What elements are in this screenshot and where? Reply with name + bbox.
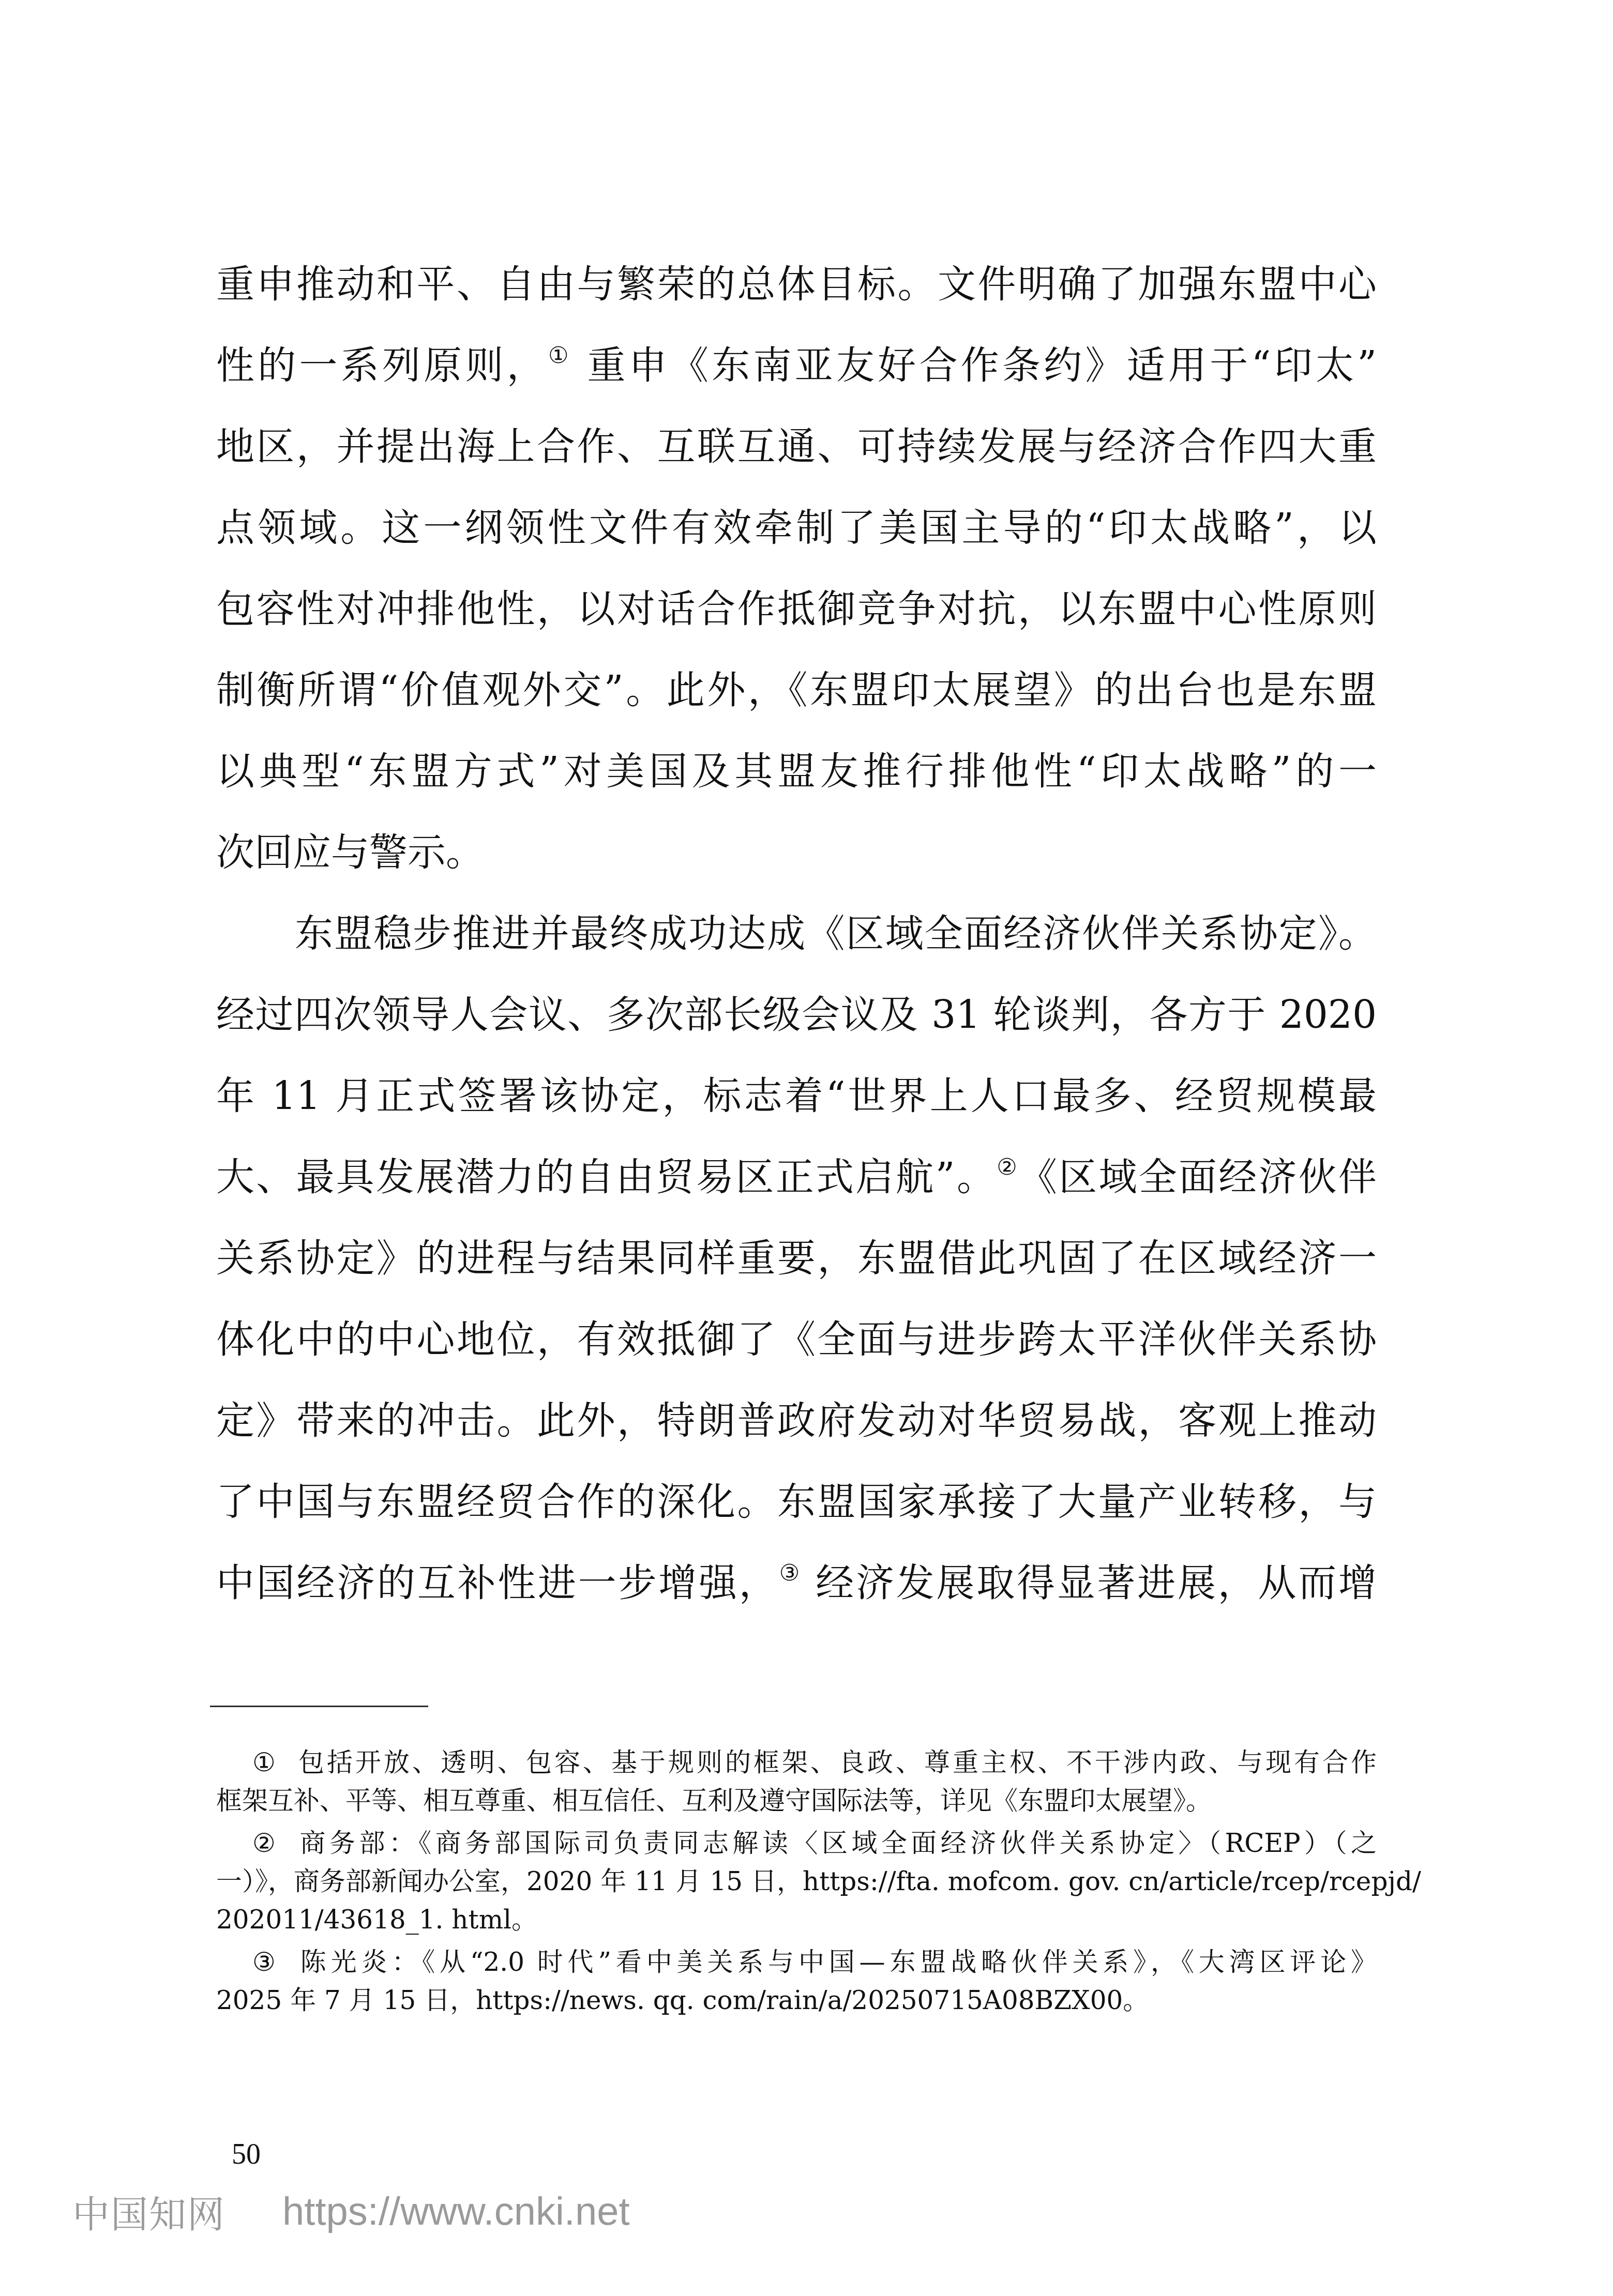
footnote-line: 框架互补、平等、相互尊重、相互信任、互利及遵守国际法等，详见《东盟印太展望》。 [216, 1782, 1377, 1820]
body-line: 体化中的中心地位，有效抵御了《全面与进步跨太平洋伙伴关系协 [216, 1303, 1377, 1385]
footnote-line: ②商务部：《商务部国际司负责同志解读〈区域全面经济伙伴关系协定〉（RCEP）（之 [216, 1824, 1377, 1862]
footnotes: ①包括开放、透明、包容、基于规则的框架、良政、尊重主权、不干涉内政、与现有合作 … [216, 1743, 1377, 2019]
body-line: 东盟稳步推进并最终成功达成《区域全面经济伙伴关系协定》。 [216, 898, 1377, 979]
paragraph-1: 重申推动和平、自由与繁荣的总体目标。文件明确了加强东盟中心 性的一系列原则，① … [216, 248, 1377, 898]
footnote-line: ③陈光炎：《从“2.0 时代”看中美关系与中国—东盟战略伙伴关系》，《大湾区评论… [216, 1943, 1377, 1981]
body-line: 点领域。这一纲领性文件有效牵制了美国主导的“印太战略”，以 [216, 492, 1377, 573]
body-line: 重申推动和平、自由与繁荣的总体目标。文件明确了加强东盟中心 [216, 248, 1377, 329]
body-line-segment: 《区域全面经济伙伴 [1019, 1155, 1377, 1199]
body-line-segment: 经济发展取得显著进展，从而增 [802, 1561, 1377, 1605]
footnote-2: ②商务部：《商务部国际司负责同志解读〈区域全面经济伙伴关系协定〉（RCEP）（之… [216, 1824, 1377, 1939]
footnote-ref-2[interactable]: ② [997, 1154, 1019, 1180]
footnote-text: 包括开放、透明、包容、基于规则的框架、良政、尊重主权、不干涉内政、与现有合作 [296, 1747, 1377, 1777]
body-line-segment: 大、最具发展潜力的自由贸易区正式启航”。 [216, 1155, 997, 1199]
body-line-segment: 性的一系列原则， [216, 343, 548, 388]
footnote-ref-3[interactable]: ③ [779, 1560, 802, 1586]
footnote-line: 一）》，商务部新闻办公室，2020 年 11 月 15 日，https://ft… [216, 1862, 1377, 1900]
footnote-marker: ③ [252, 1943, 296, 1981]
body-line-segment: 中国经济的互补性进一步增强， [216, 1561, 779, 1605]
paragraph-2: 东盟稳步推进并最终成功达成《区域全面经济伙伴关系协定》。 经过四次领导人会议、多… [216, 898, 1377, 1628]
body-line: 中国经济的互补性进一步增强，③ 经济发展取得显著进展，从而增 [216, 1547, 1377, 1628]
footnote-marker: ② [252, 1824, 296, 1862]
body-line: 年 11 月正式签署该协定，标志着“世界上人口最多、经贸规模最 [216, 1060, 1377, 1141]
body-line: 关系协定》的进程与结果同样重要，东盟借此巩固了在区域经济一 [216, 1222, 1377, 1303]
page-number: 50 [232, 2138, 261, 2171]
document-page: 重申推动和平、自由与繁荣的总体目标。文件明确了加强东盟中心 性的一系列原则，① … [0, 0, 1613, 2296]
body-line: 制衡所谓“价值观外交”。此外，《东盟印太展望》的出台也是东盟 [216, 654, 1377, 735]
footnote-text: 商务部：《商务部国际司负责同志解读〈区域全面经济伙伴关系协定〉（RCEP）（之 [296, 1828, 1377, 1858]
body-line: 了中国与东盟经贸合作的深化。东盟国家承接了大量产业转移，与 [216, 1466, 1377, 1547]
watermark: 中国知网 https://www.cnki.net [72, 2188, 630, 2234]
body-line: 以典型“东盟方式”对美国及其盟友推行排他性“印太战略”的一 [216, 735, 1377, 816]
body-line: 经过四次领导人会议、多次部长级会议及 31 轮谈判，各方于 2020 [216, 979, 1377, 1060]
footnote-line: 2025 年 7 月 15 日，https://news. qq. com/ra… [216, 1981, 1377, 2019]
body-line: 地区，并提出海上合作、互联互通、可持续发展与经济合作四大重 [216, 410, 1377, 492]
footnote-marker: ① [252, 1743, 296, 1782]
footnote-3: ③陈光炎：《从“2.0 时代”看中美关系与中国—东盟战略伙伴关系》，《大湾区评论… [216, 1943, 1377, 2019]
footnote-line: ①包括开放、透明、包容、基于规则的框架、良政、尊重主权、不干涉内政、与现有合作 [216, 1743, 1377, 1782]
body-line: 大、最具发展潜力的自由贸易区正式启航”。②《区域全面经济伙伴 [216, 1141, 1377, 1222]
footnote-1: ①包括开放、透明、包容、基于规则的框架、良政、尊重主权、不干涉内政、与现有合作 … [216, 1743, 1377, 1820]
footnote-line: 202011/43618_1. html。 [216, 1900, 1377, 1939]
body-text: 重申推动和平、自由与繁荣的总体目标。文件明确了加强东盟中心 性的一系列原则，① … [216, 248, 1377, 1628]
body-line: 性的一系列原则，① 重申《东南亚友好合作条约》适用于“印太” [216, 329, 1377, 410]
footnote-ref-1[interactable]: ① [548, 342, 572, 369]
footnote-separator [210, 1706, 428, 1707]
watermark-url[interactable]: https://www.cnki.net [282, 2189, 630, 2234]
body-line: 次回应与警示。 [216, 816, 1377, 898]
footnote-text: 陈光炎：《从“2.0 时代”看中美关系与中国—东盟战略伙伴关系》，《大湾区评论》 [296, 1947, 1377, 1977]
body-line-segment: 重申《东南亚友好合作条约》适用于“印太” [572, 343, 1377, 388]
watermark-brand: 中国知网 [72, 2184, 225, 2238]
body-line: 定》带来的冲击。此外，特朗普政府发动对华贸易战，客观上推动 [216, 1385, 1377, 1466]
body-line: 包容性对冲排他性，以对话合作抵御竞争对抗，以东盟中心性原则 [216, 573, 1377, 654]
